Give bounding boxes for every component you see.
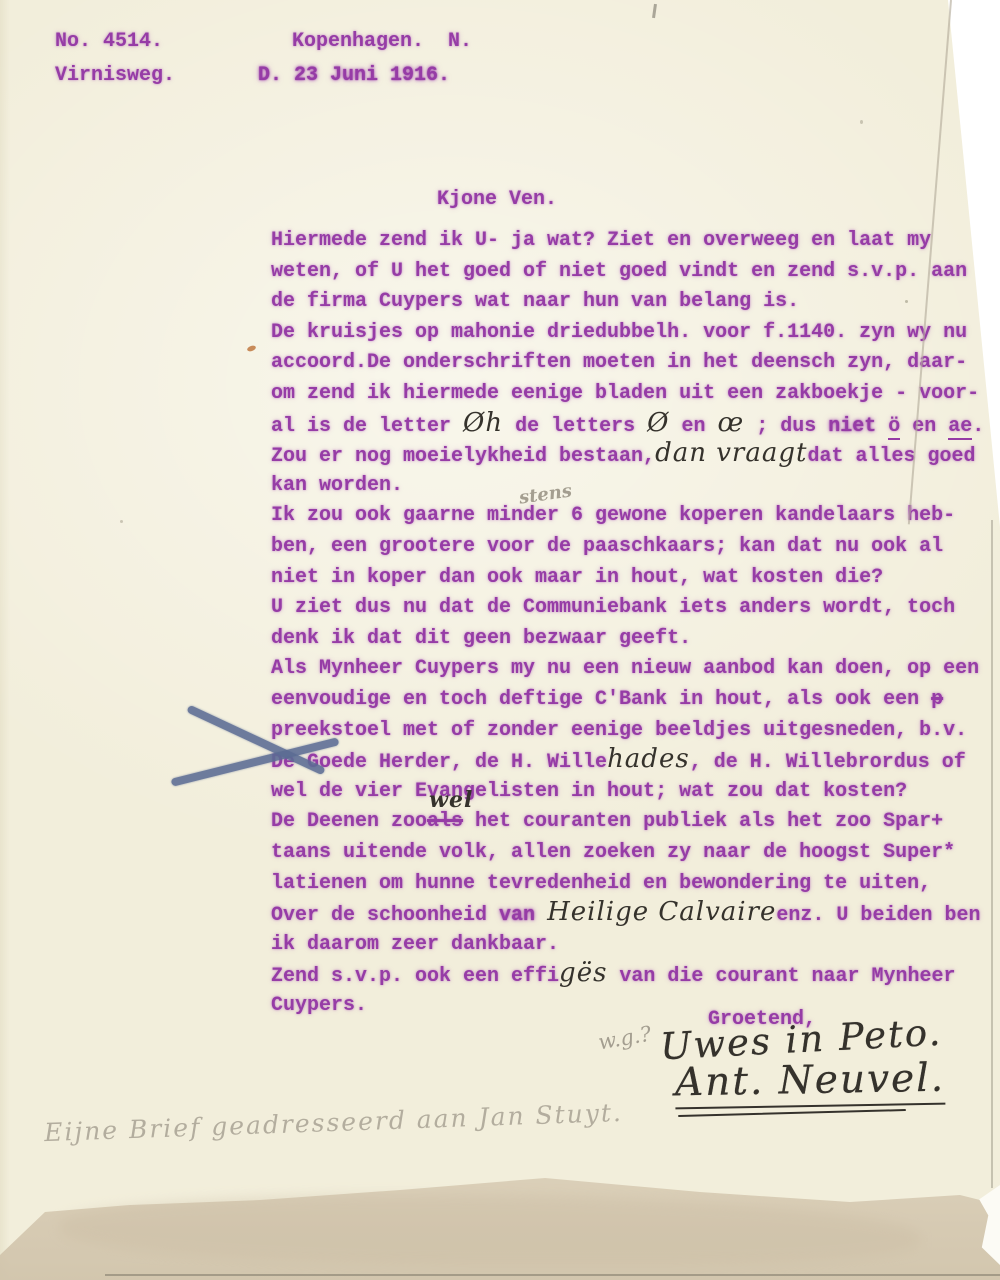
paper-speck bbox=[860, 120, 863, 124]
letter-line: Ik zou ook gaarne minder 6 gewone kopere… bbox=[271, 501, 955, 532]
letter-line: weten, of U het goed of niet goed vindt … bbox=[271, 257, 967, 288]
typed-text: eenvoudige en toch deftige C'Bank in hou… bbox=[271, 688, 931, 711]
typed-text: ben, een grootere voor de paaschkaars; k… bbox=[271, 535, 943, 558]
typed-text: latienen om hunne tevredenheid en bewond… bbox=[271, 872, 931, 895]
typed-text: het couranten publiek als het zoo Spar+ bbox=[463, 810, 943, 833]
top-edge-mark bbox=[652, 4, 657, 18]
letter-line: De kruisjes op mahonie driedubbelh. voor… bbox=[271, 318, 967, 349]
letter-line: wel de vier Evangelisten in hout; wat zo… bbox=[271, 777, 907, 808]
typed-text: Als Mynheer Cuypers my nu een nieuw aanb… bbox=[271, 657, 979, 680]
typed-text: ö bbox=[888, 415, 900, 440]
signature-name: Ant. Neuvel. bbox=[675, 1056, 946, 1110]
handwritten-correction: œ bbox=[717, 408, 744, 438]
pencil-insertion: stens bbox=[517, 477, 574, 515]
typed-text: der 6 gewone koperen kandelaars heb-sten… bbox=[523, 501, 955, 532]
typed-text: van die courant naar Mynheer bbox=[607, 965, 955, 988]
typed-text: p bbox=[931, 688, 943, 711]
salutation: Kjone Ven. bbox=[437, 188, 557, 211]
paper-edge-shadow bbox=[991, 520, 993, 1188]
typed-text bbox=[535, 904, 547, 927]
letter-line: denk ik dat dit geen bezwaar geeft. bbox=[271, 624, 691, 655]
typed-text: . bbox=[972, 415, 984, 438]
typed-text: ik daarom zeer dankbaar. bbox=[271, 933, 559, 956]
letter-line: ben, een grootere voor de paaschkaars; k… bbox=[271, 532, 943, 563]
typed-text: en bbox=[900, 415, 948, 438]
blue-crayon-cross bbox=[165, 700, 355, 800]
letter-line: De Deenen zooalswel het couranten publie… bbox=[271, 807, 943, 838]
typed-text: van bbox=[499, 904, 535, 927]
typed-text: Ik zou ook gaarne min bbox=[271, 504, 523, 527]
letter-line: preekstoel met of zonder eenige beeldjes… bbox=[271, 716, 967, 747]
typed-text: al is de letter bbox=[271, 415, 463, 438]
typed-text: Zend s.v.p. ook een effi bbox=[271, 965, 559, 988]
handwritten-correction: Ø bbox=[647, 408, 669, 438]
ink-speck bbox=[246, 345, 256, 353]
pencil-wg-mark: w.g.? bbox=[596, 1022, 653, 1055]
scanned-letter-page: { "colors": { "paper": "#f2eedb", "typed… bbox=[0, 0, 1000, 1280]
letter-line: Over de schoonheid van Heilige Calvairee… bbox=[271, 899, 980, 930]
letter-line: accoord.De onderschriften moeten in het … bbox=[271, 348, 967, 379]
paper-speck bbox=[120, 520, 123, 523]
letter-line: U ziet dus nu dat de Communiebank iets a… bbox=[271, 593, 955, 624]
typed-text: Over de schoonheid bbox=[271, 904, 499, 927]
typed-text: Cuypers. bbox=[271, 994, 367, 1017]
handwritten-insertion: wel bbox=[429, 785, 473, 816]
typed-text: denk ik dat dit geen bezwaar geeft. bbox=[271, 627, 691, 650]
handwritten-correction: Heilige Calvaire bbox=[547, 897, 776, 927]
letter-line: de firma Cuypers wat naar hun van belang… bbox=[271, 287, 799, 318]
letter-line: eenvoudige en toch deftige C'Bank in hou… bbox=[271, 685, 943, 716]
typed-text: enz. U beiden ben bbox=[776, 904, 980, 927]
typed-text: U ziet dus nu dat de Communiebank iets a… bbox=[271, 596, 955, 619]
typed-text: kan worden. bbox=[271, 474, 403, 497]
handwritten-correction: dan vraagt bbox=[655, 438, 807, 468]
typed-text: , de H. Willebrordus of bbox=[690, 751, 966, 774]
typed-text: niet in koper dan ook maar in hout, wat … bbox=[271, 566, 883, 589]
archivist-pencil-note: Eijne Brief geadresseerd aan Jan Stuyt. bbox=[44, 1098, 624, 1147]
typed-text: wel de vier Evangelisten in hout; wat zo… bbox=[271, 780, 907, 803]
letter-line: kan worden. bbox=[271, 471, 403, 502]
letter-line: ik daarom zeer dankbaar. bbox=[271, 930, 559, 961]
typed-text bbox=[876, 415, 888, 438]
letter-line: al is de letter Øh de letters Ø en œ ; d… bbox=[271, 410, 984, 441]
typed-text: ; dus bbox=[744, 415, 828, 438]
letter-line: Zend s.v.p. ook een effigës van die cour… bbox=[271, 960, 955, 991]
handwritten-correction: hades bbox=[607, 744, 690, 774]
handwritten-correction: Øh bbox=[463, 408, 503, 438]
typed-text: alswel bbox=[427, 807, 463, 838]
letter-paper: No. 4514. Virnisweg. Kopenhagen. N. D. 2… bbox=[0, 0, 1000, 1280]
typed-text: taans uitende volk, allen zoeken zy naar… bbox=[271, 841, 955, 864]
typed-text: en bbox=[669, 415, 717, 438]
letter-line: Hiermede zend ik U- ja wat? Ziet en over… bbox=[271, 226, 931, 257]
typed-text: de firma Cuypers wat naar hun van belang… bbox=[271, 290, 799, 313]
letter-line: niet in koper dan ook maar in hout, wat … bbox=[271, 563, 883, 594]
handwritten-correction: gës bbox=[559, 958, 607, 988]
letter-line: Zou er nog moeielykheid bestaan,dan vraa… bbox=[271, 440, 975, 471]
typed-text: niet bbox=[828, 415, 876, 438]
letter-line: Cuypers. bbox=[271, 991, 367, 1022]
letter-line: Als Mynheer Cuypers my nu een nieuw aanb… bbox=[271, 654, 979, 685]
letter-line: taans uitende volk, allen zoeken zy naar… bbox=[271, 838, 955, 869]
signature-underline bbox=[678, 1109, 906, 1117]
ref-number: No. 4514. bbox=[55, 30, 163, 53]
letter-line: latienen om hunne tevredenheid en bewond… bbox=[271, 869, 931, 900]
typed-text: De Deenen zoo bbox=[271, 810, 427, 833]
typed-text: weten, of U het goed of niet goed vindt … bbox=[271, 260, 967, 283]
paper-speck bbox=[905, 300, 908, 303]
typed-text: om zend ik hiermede eenige bladen uit ee… bbox=[271, 382, 979, 405]
typed-text: dat alles goed bbox=[807, 445, 975, 468]
street-line: Virnisweg. bbox=[55, 64, 175, 87]
date-line: D. 23 Juni 1916. bbox=[258, 64, 450, 87]
scan-bottom-edge bbox=[105, 1274, 1000, 1276]
city-line: Kopenhagen. N. bbox=[292, 30, 472, 53]
letter-line: De Goede Herder, de H. Willehades, de H.… bbox=[271, 746, 966, 777]
typed-text: Zou er nog moeielykheid bestaan, bbox=[271, 445, 655, 468]
typed-text: Hiermede zend ik U- ja wat? Ziet en over… bbox=[271, 229, 931, 252]
typed-text: preekstoel met of zonder eenige beeldjes… bbox=[271, 719, 967, 742]
letter-line: om zend ik hiermede eenige bladen uit ee… bbox=[271, 379, 979, 410]
typed-text: de letters bbox=[503, 415, 647, 438]
typed-text: ae bbox=[948, 415, 972, 440]
typed-text: De kruisjes op mahonie driedubbelh. voor… bbox=[271, 321, 967, 344]
typed-text: accoord.De onderschriften moeten in het … bbox=[271, 351, 967, 374]
